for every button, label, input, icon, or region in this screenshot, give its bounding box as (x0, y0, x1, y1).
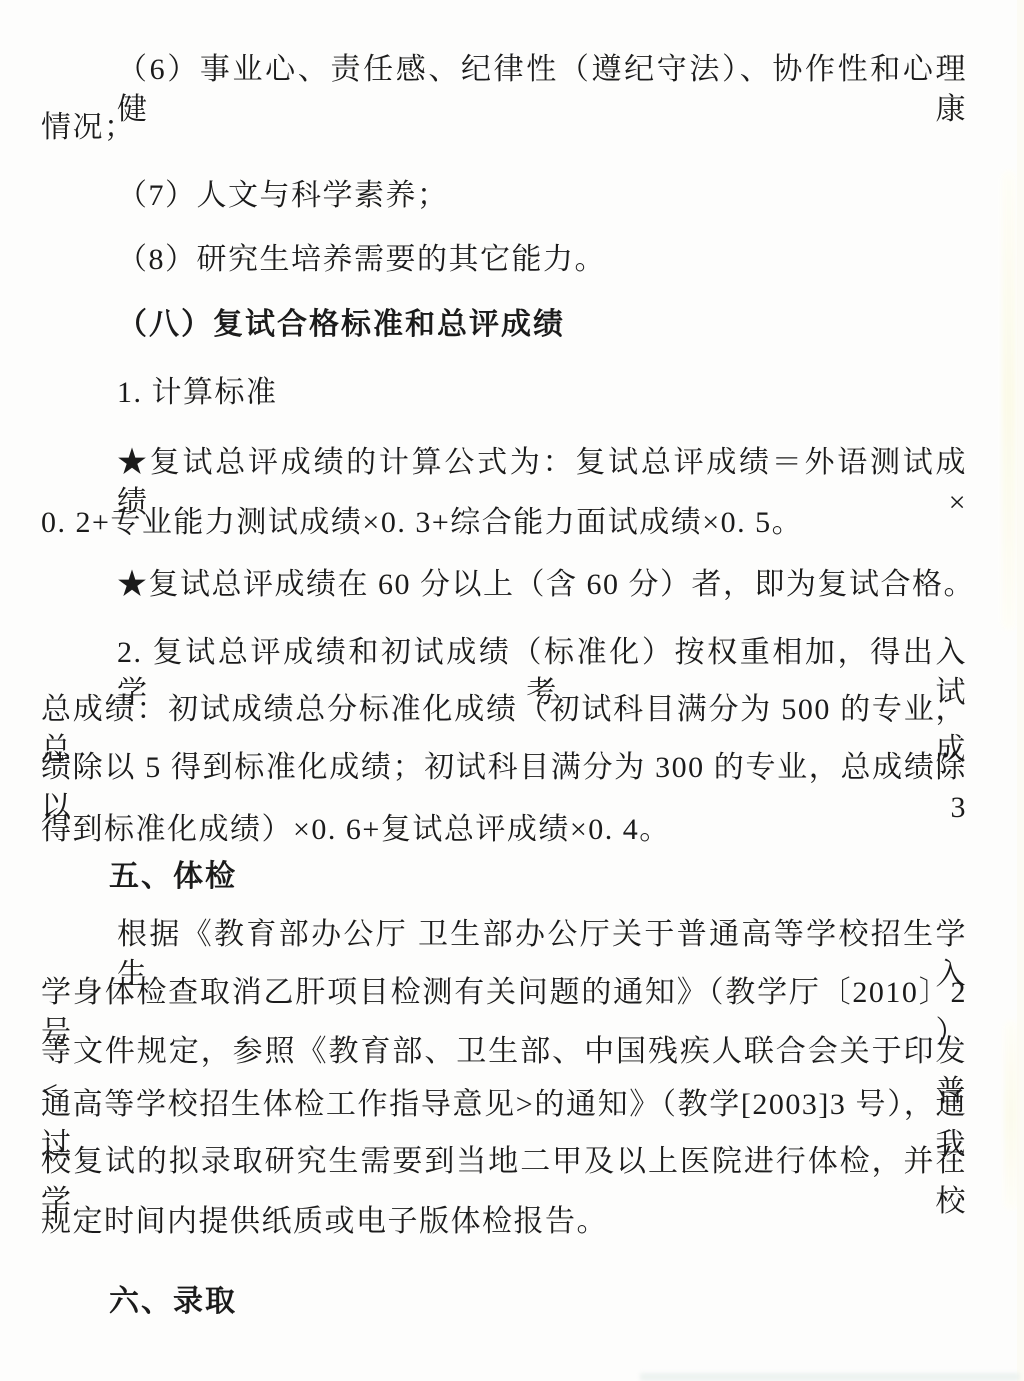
physical-exam-line-6: 规定时间内提供纸质或电子版体检报告。 (41, 1202, 967, 1242)
formula-line-2: 0. 2+专业能力测试成绩×0. 3+综合能力面试成绩×0. 5。 (41, 503, 967, 543)
heading-admission: 六、录取 (41, 1282, 967, 1322)
item-6-line-2: 情况； (41, 108, 967, 148)
scan-artifact-bottom-smudge (640, 1373, 1020, 1381)
pass-criteria-line: ★复试总评成绩在 60 分以上（含 60 分）者，即为复试合格。 (41, 565, 967, 605)
document-page: （6）事业心、责任感、纪律性（遵纪守法）、协作性和心理健康 情况； （7）人文与… (0, 0, 1024, 1381)
scan-artifact-right-strip-lower (1004, 1020, 1018, 1210)
scan-artifact-page-edge (1017, 0, 1024, 1381)
heading-section-eight: （八）复试合格标准和总评成绩 (41, 305, 967, 345)
item-7-line: （7）人文与科学素养； (41, 176, 967, 216)
item-8-line: （8）研究生培养需要的其它能力。 (41, 240, 967, 280)
scan-artifact-right-strip (1002, 170, 1016, 630)
calc-standard-label: 1. 计算标准 (41, 373, 967, 413)
total-score-line-4: 得到标准化成绩）×0. 6+复试总评成绩×0. 4。 (41, 810, 967, 850)
heading-physical-exam: 五、体检 (41, 857, 967, 897)
